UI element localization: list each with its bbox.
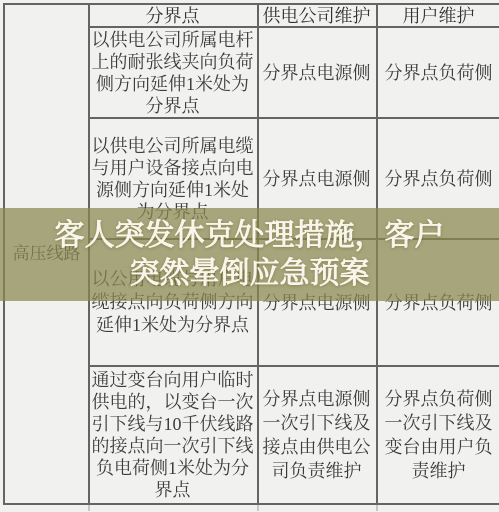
cell-user-row1: 分界点负荷侧 <box>378 28 499 117</box>
caption-line-2: 突然晕倒应急预案 <box>130 255 370 293</box>
header-boundary-point: 分界点 <box>90 5 255 26</box>
cell-boundary-row1: 以供电公司所属电杆 上的耐张线夹向负荷 侧方向延伸1米处为 分界点 <box>90 28 255 117</box>
screenshot-root: 高压线路 分界点 供电公司维护 用户维护 以供电公司所属电杆 上的耐张线夹向负荷… <box>0 0 499 512</box>
header-user-maintenance: 用户维护 <box>378 5 499 26</box>
cell-user-row4: 分界点负荷侧 一次引下线及 变台由用户负 责维护 <box>378 367 499 503</box>
table-top-border <box>3 3 499 5</box>
table-row-divider-1 <box>88 117 499 119</box>
border-shadow-stub <box>88 505 90 511</box>
caption-overlay-band: 客人突发休克处理措施，客户 突然晕倒应急预案 <box>0 208 499 301</box>
border-shadow-stub <box>257 505 259 511</box>
table-bottom-border <box>3 503 499 505</box>
cell-boundary-row4: 通过变台向用户临时 供电的，以变台一次 引下线与10千伏线路 的接点向一次引下线… <box>90 367 255 503</box>
caption-line-1: 客人突发休克处理措施，客户 <box>55 217 445 255</box>
cell-supply-row1: 分界点电源侧 <box>259 28 374 117</box>
header-supply-company-maintenance: 供电公司维护 <box>259 5 374 26</box>
table-row-divider-header <box>88 26 499 28</box>
table-row-divider-3 <box>88 365 499 367</box>
cell-supply-row4: 分界点电源侧 一次引下线及 接点由供电公 司负责维护 <box>259 367 374 503</box>
border-shadow-stub <box>376 505 378 511</box>
